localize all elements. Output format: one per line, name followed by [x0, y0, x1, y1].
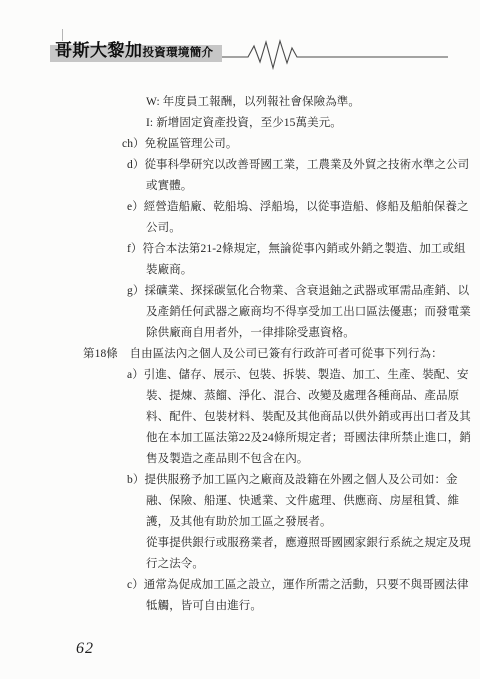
text-line: W: 年度員工報酬，以列報社會保險為準。 — [0, 92, 480, 113]
text-line: 料、配件、包裝材料、裝配及其他商品以供外銷或再出口者及其 — [0, 407, 480, 428]
text-line: f）符合本法第21-2條規定，無論從事內銷或外銷之製造、加工或組 — [0, 239, 480, 260]
text-line: 公司。 — [0, 218, 480, 239]
text-line: 裝、提煉、蒸餾、淨化、混合、改變及處理各種商品、產品原 — [0, 386, 480, 407]
header-title-sub: 投資環境簡介 — [143, 47, 214, 59]
text-line: 他在本加工區法第22及24條所規定者；哥國法律所禁止進口，銷 — [0, 428, 480, 449]
text-line: e）經營造船廠、乾船塢、浮船塢，以從事造船、修船及船舶保養之 — [0, 197, 480, 218]
text-line: a）引進、儲存、展示、包裝、拆裝、製造、加工、生產、裝配、安 — [0, 365, 480, 386]
text-line: b）提供服務予加工區內之廠商及設籍在外國之個人及公司如：金 — [0, 470, 480, 491]
text-line: 行之法令。 — [0, 554, 480, 575]
document-text-block: W: 年度員工報酬，以列報社會保險為準。I: 新增固定資產投資，至少15萬美元。… — [0, 92, 480, 617]
text-line: 從事提供銀行或服務業者，應遵照哥國國家銀行系統之規定及現 — [0, 533, 480, 554]
text-line: 牴觸，皆可自由進行。 — [0, 596, 480, 617]
text-line: 第18條 自由區法內之個人及公司已簽有行政許可者可從事下列行為： — [0, 344, 480, 365]
text-line: c）通常為促成加工區之設立，運作所需之活動，只要不與哥國法律 — [0, 575, 480, 596]
text-line: 護，及其他有助於加工區之發展者。 — [0, 512, 480, 533]
page-number: 62 — [76, 640, 94, 658]
text-line: 除供廠商自用者外，一律排除受惠資格。 — [0, 323, 480, 344]
text-line: 裝廠商。 — [0, 260, 480, 281]
scanned-document-page: 哥斯大黎加投資環境簡介 W: 年度員工報酬，以列報社會保險為準。I: 新增固定資… — [0, 0, 480, 679]
text-line: g）採礦業、探採碳氫化合物業、含衰退鈾之武器或軍需品產銷、以 — [0, 281, 480, 302]
text-line: 售及製造之產品則不包含在內。 — [0, 449, 480, 470]
text-line: I: 新增固定資產投資，至少15萬美元。 — [0, 113, 480, 134]
heartbeat-line-icon — [222, 37, 448, 78]
header-title-main: 哥斯大黎加 — [55, 41, 143, 60]
text-line: 及產銷任何武器之廠商均不得享受加工出口區法優惠；而發電業 — [0, 302, 480, 323]
page-header-title: 哥斯大黎加投資環境簡介 — [55, 36, 213, 61]
text-line: ch）免稅區管理公司。 — [0, 134, 480, 155]
text-line: 融、保險、船運、快遞業、文件處理、供應商、房屋租賃、維 — [0, 491, 480, 512]
text-line: d）從事科學研究以改善哥國工業，工農業及外貿之技術水準之公司 — [0, 155, 480, 176]
text-line: 或實體。 — [0, 176, 480, 197]
